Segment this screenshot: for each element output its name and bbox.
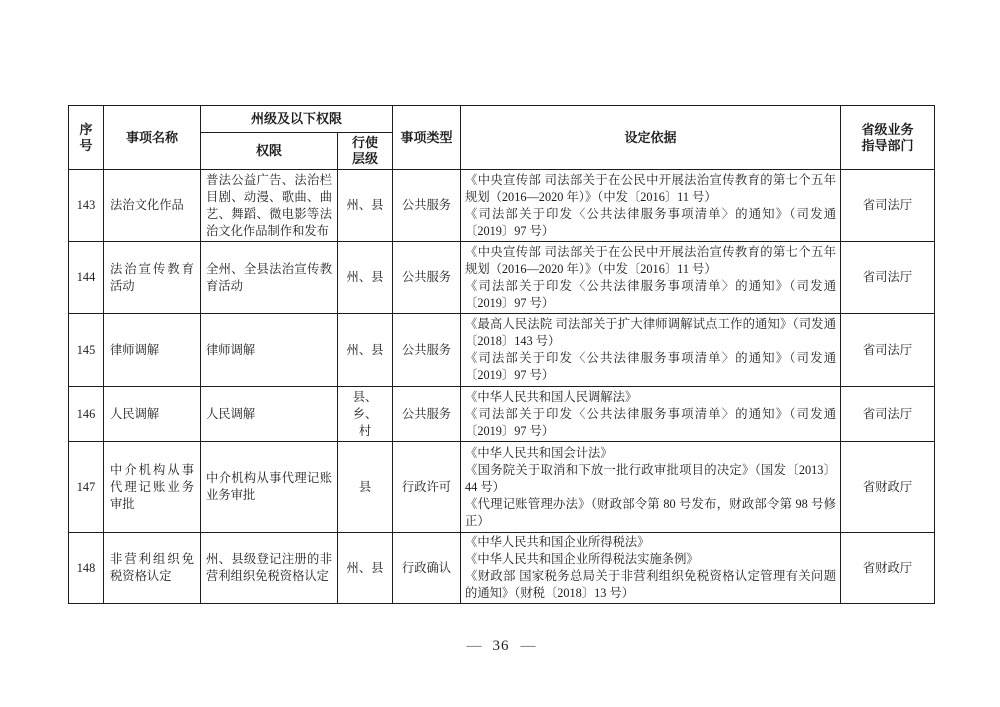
cell-seq: 147 (69, 442, 104, 533)
header-seq: 序 号 (69, 106, 104, 170)
cell-guidance-dept: 省财政厅 (841, 442, 935, 533)
cell-item-type: 公共服务 (393, 314, 461, 387)
items-table: 序 号 事项名称 州级及以下权限 事项类型 设定依据 省级业务 指导部门 权限 … (68, 105, 935, 604)
cell-guidance-dept: 省司法厅 (841, 242, 935, 314)
cell-item-type: 行政确认 (393, 533, 461, 604)
cell-setting-basis: 《中华人民共和国会计法》 《国务院关于取消和下放一批行政审批项目的决定》（国发〔… (461, 442, 841, 533)
cell-item-name: 中介机构从事代理记账业务审批 (104, 442, 201, 533)
document-page: 序 号 事项名称 州级及以下权限 事项类型 设定依据 省级业务 指导部门 权限 … (0, 0, 1000, 707)
cell-authority: 全州、全县法治宣传教育活动 (201, 242, 338, 314)
cell-exercise-level: 州、县 (338, 533, 393, 604)
cell-seq: 144 (69, 242, 104, 314)
cell-setting-basis: 《中央宣传部 司法部关于在公民中开展法治宣传教育的第七个五年规划（2016—20… (461, 170, 841, 242)
cell-setting-basis: 《中央宣传部 司法部关于在公民中开展法治宣传教育的第七个五年规划（2016—20… (461, 242, 841, 314)
cell-item-name: 律师调解 (104, 314, 201, 387)
cell-seq: 148 (69, 533, 104, 604)
header-item-name: 事项名称 (104, 106, 201, 170)
header-row-top: 序 号 事项名称 州级及以下权限 事项类型 设定依据 省级业务 指导部门 (69, 106, 935, 133)
page-number-value: 36 (493, 638, 510, 654)
cell-item-name: 人民调解 (104, 387, 201, 442)
table-row: 147 中介机构从事代理记账业务审批 中介机构从事代理记账业务审批 县 行政许可… (69, 442, 935, 533)
cell-exercise-level: 州、县 (338, 170, 393, 242)
cell-authority: 普法公益广告、法治栏目剧、动漫、歌曲、曲艺、舞蹈、微电影等法治文化作品制作和发布 (201, 170, 338, 242)
header-guidance-dept: 省级业务 指导部门 (841, 106, 935, 170)
cell-guidance-dept: 省司法厅 (841, 387, 935, 442)
cell-item-type: 公共服务 (393, 170, 461, 242)
cell-seq: 146 (69, 387, 104, 442)
cell-item-type: 公共服务 (393, 387, 461, 442)
cell-item-name: 法治文化作品 (104, 170, 201, 242)
page-number: —36— (68, 638, 934, 655)
cell-exercise-level: 州、县 (338, 314, 393, 387)
table-row: 145 律师调解 律师调解 州、县 公共服务 《最高人民法院 司法部关于扩大律师… (69, 314, 935, 387)
cell-guidance-dept: 省财政厅 (841, 533, 935, 604)
header-setting-basis: 设定依据 (461, 106, 841, 170)
cell-item-type: 公共服务 (393, 242, 461, 314)
cell-item-type: 行政许可 (393, 442, 461, 533)
header-exercise-level: 行使 层级 (338, 133, 393, 170)
cell-item-name: 法治宣传教育活动 (104, 242, 201, 314)
cell-setting-basis: 《中华人民共和国企业所得税法》 《中华人民共和国企业所得税法实施条例》 《财政部… (461, 533, 841, 604)
cell-item-name: 非营利组织免税资格认定 (104, 533, 201, 604)
cell-seq: 143 (69, 170, 104, 242)
table-row: 148 非营利组织免税资格认定 州、县级登记注册的非营利组织免税资格认定 州、县… (69, 533, 935, 604)
cell-setting-basis: 《中华人民共和国人民调解法》 《司法部关于印发〈公共法律服务事项清单〉的通知》（… (461, 387, 841, 442)
table-row: 143 法治文化作品 普法公益广告、法治栏目剧、动漫、歌曲、曲艺、舞蹈、微电影等… (69, 170, 935, 242)
cell-authority: 人民调解 (201, 387, 338, 442)
table-row: 144 法治宣传教育活动 全州、全县法治宣传教育活动 州、县 公共服务 《中央宣… (69, 242, 935, 314)
header-prefecture-group: 州级及以下权限 (201, 106, 393, 133)
cell-seq: 145 (69, 314, 104, 387)
cell-authority: 州、县级登记注册的非营利组织免税资格认定 (201, 533, 338, 604)
cell-authority: 中介机构从事代理记账业务审批 (201, 442, 338, 533)
table-row: 146 人民调解 人民调解 县、乡、 村 公共服务 《中华人民共和国人民调解法》… (69, 387, 935, 442)
page-number-dash-left: — (467, 638, 482, 654)
header-item-type: 事项类型 (393, 106, 461, 170)
header-authority: 权限 (201, 133, 338, 170)
cell-exercise-level: 县 (338, 442, 393, 533)
cell-exercise-level: 县、乡、 村 (338, 387, 393, 442)
cell-authority: 律师调解 (201, 314, 338, 387)
cell-exercise-level: 州、县 (338, 242, 393, 314)
cell-guidance-dept: 省司法厅 (841, 170, 935, 242)
cell-setting-basis: 《最高人民法院 司法部关于扩大律师调解试点工作的通知》（司发通〔2018〕143… (461, 314, 841, 387)
cell-guidance-dept: 省司法厅 (841, 314, 935, 387)
page-number-dash-right: — (521, 638, 536, 654)
